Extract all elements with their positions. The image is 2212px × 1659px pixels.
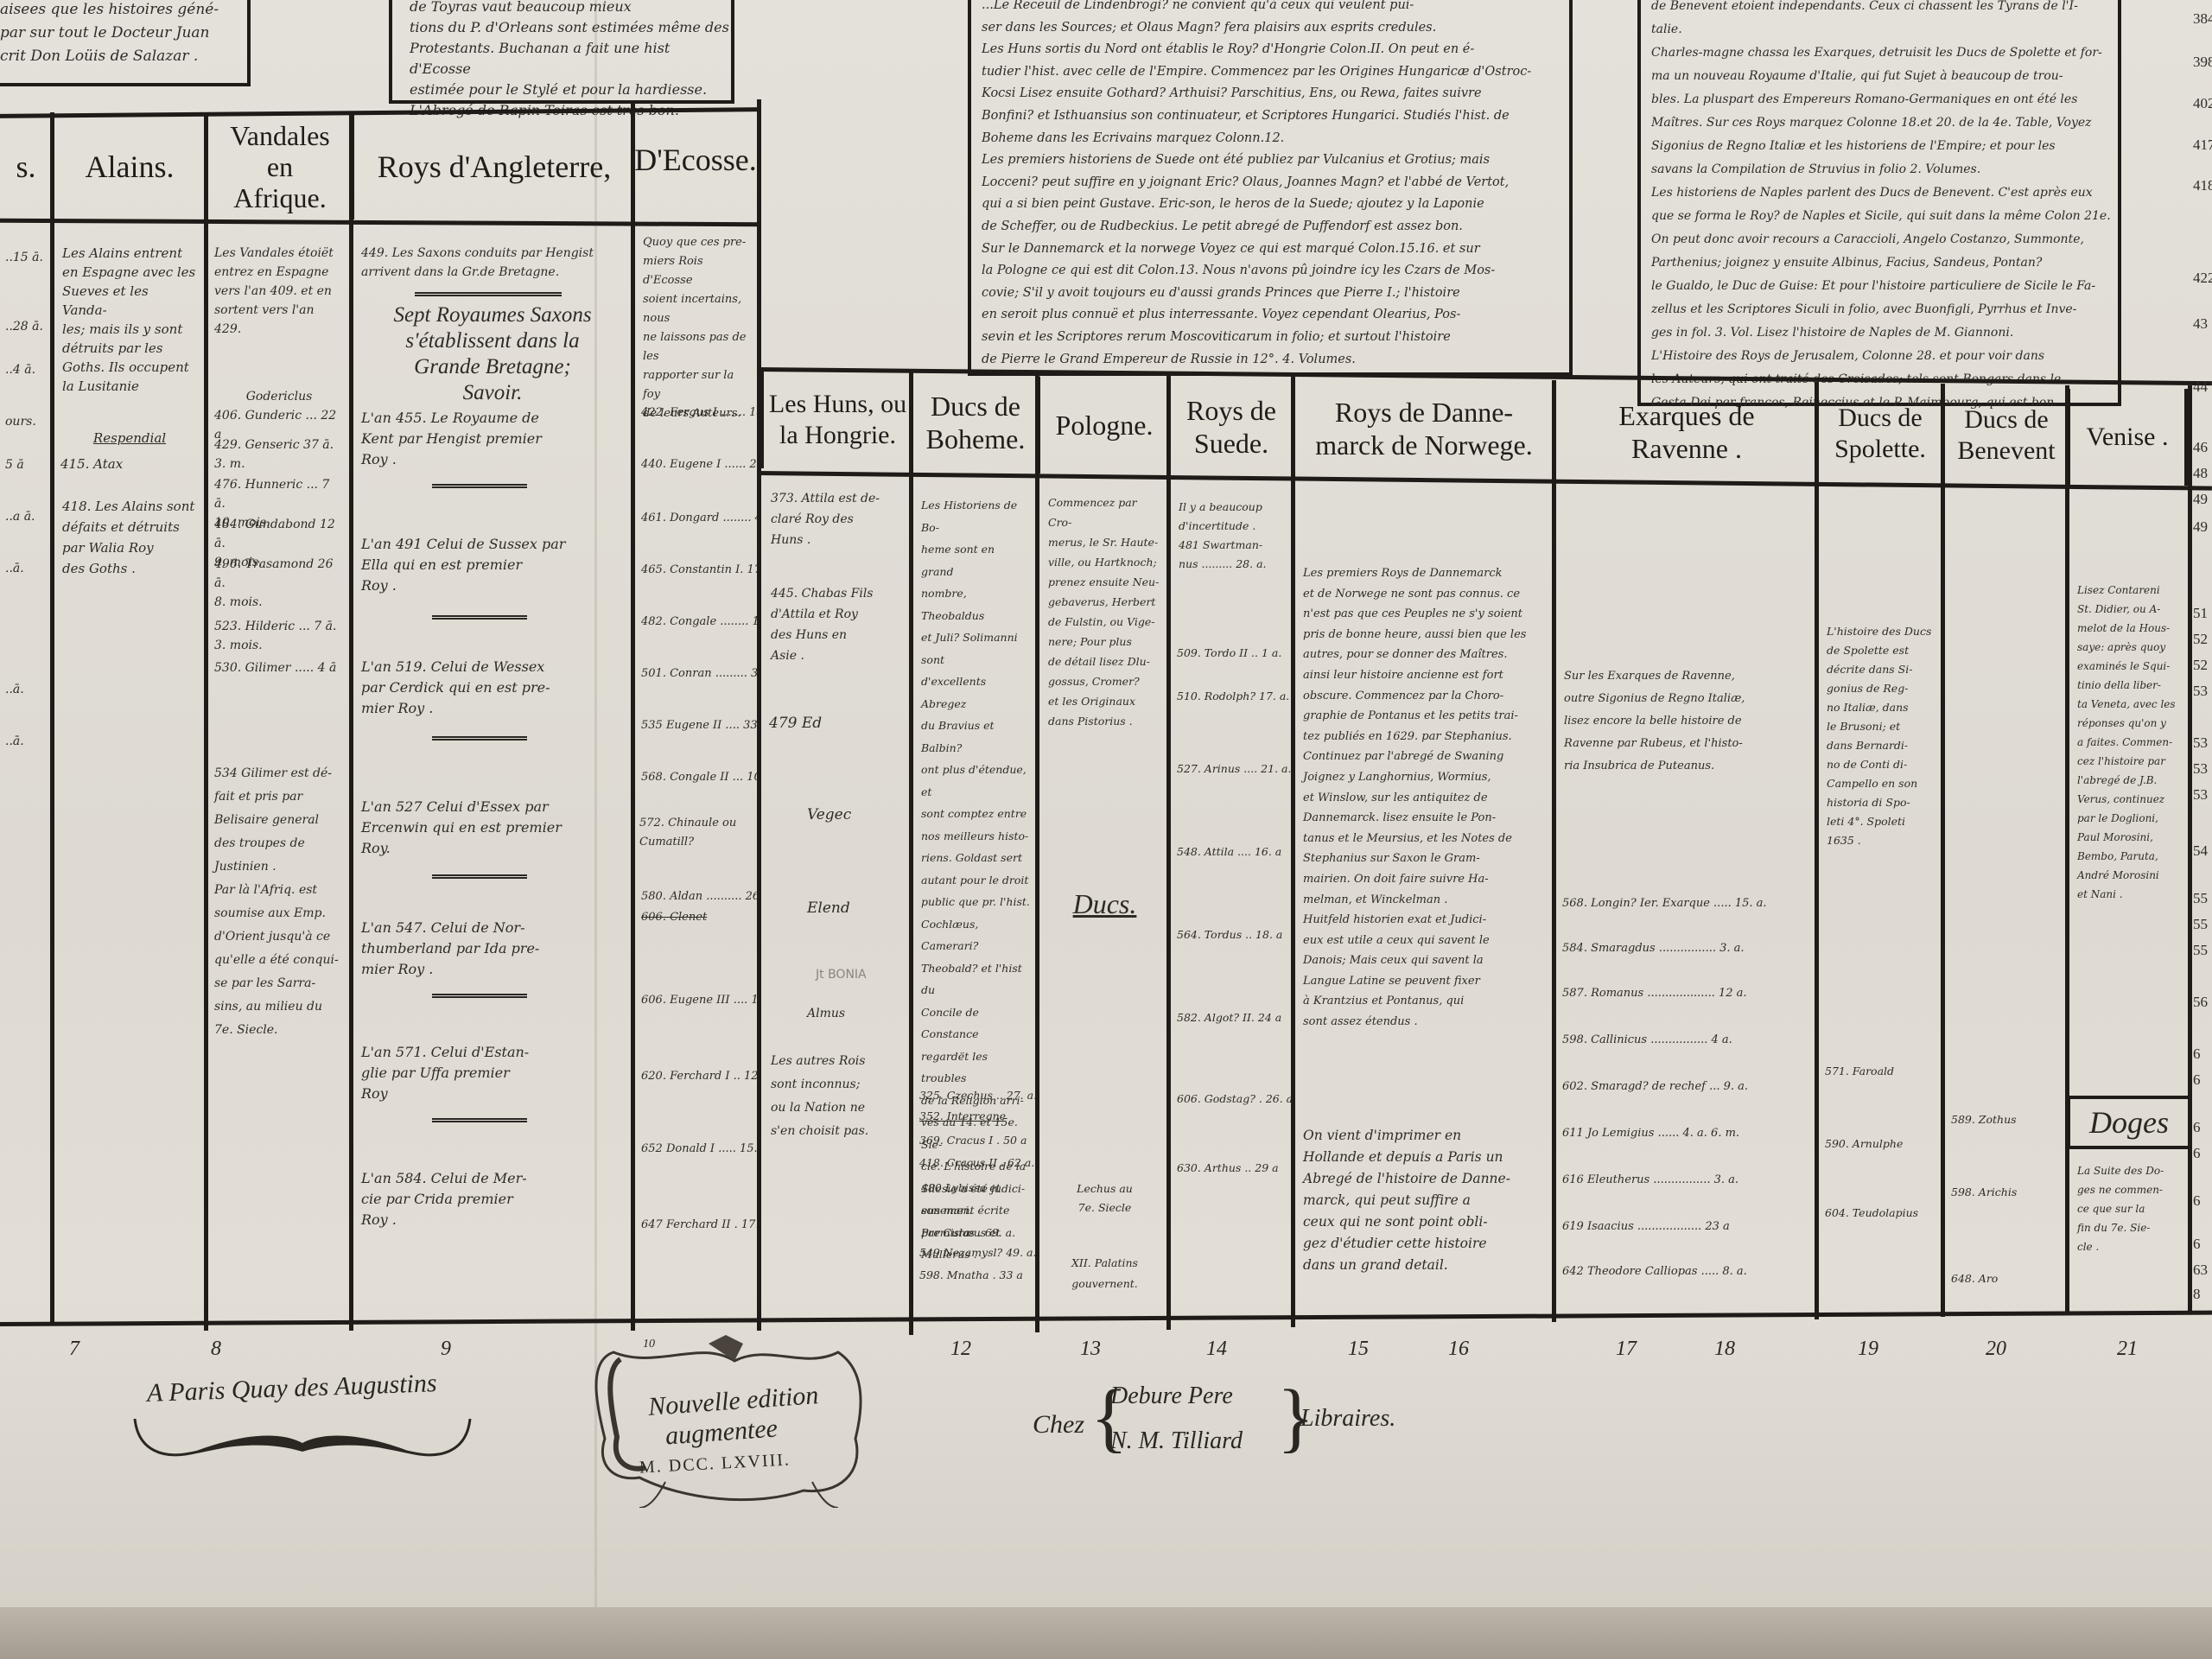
alains-sub: Respendial — [62, 427, 197, 449]
table-surface — [0, 1607, 2212, 1659]
col-divider — [631, 104, 635, 1331]
double-rule — [432, 874, 527, 879]
col-vandales: Les Vandales étoiët entrez en Espagne ve… — [207, 244, 349, 1315]
chez-label: Chez — [1033, 1410, 1084, 1440]
col-header-venise: Venise . — [2067, 389, 2188, 486]
col-header-ecosse: D'Ecosse. — [631, 104, 760, 216]
column-number: 18 — [1714, 1338, 1735, 1361]
col-suede: Il y a beaucoup d'incertitude . 481 Swar… — [1172, 498, 1291, 1319]
col-header-spolette: Ducs de Spolette. — [1815, 385, 1942, 482]
ecosse-intro: Quoy que ces pre- miers Rois d'Ecosse so… — [643, 233, 752, 423]
publisher-tilliard: N. M. Tilliard — [1110, 1427, 1243, 1455]
top-left-note: aisees que les histoires géné- par sur t… — [0, 0, 242, 68]
pologne-ducs-title: Ducs. — [1048, 890, 1161, 918]
pencil-annotation: Jt BONIA — [816, 968, 904, 982]
top-center-note: ...Le Receüil de Lindenbrogi? ne convien… — [982, 0, 1569, 371]
col-divider — [50, 112, 54, 1322]
column-number: 8 — [211, 1338, 221, 1361]
col-divider — [909, 372, 913, 1335]
col-divider — [1552, 380, 1556, 1322]
top-center-note-box: ...Le Receüil de Lindenbrogi? ne convien… — [968, 0, 1573, 376]
col-divider — [1941, 384, 1945, 1317]
top-right-note-box: de Benevent etoient independants. Ceux c… — [1637, 0, 2121, 406]
col-divider — [349, 112, 353, 1331]
libraires-label: Libraires. — [1300, 1405, 1395, 1433]
flourish-ornament — [130, 1417, 475, 1478]
right-margin-numbers: 384 398 402 417 418 422 43 44 46 48 49 4… — [2193, 0, 2212, 1331]
column-number: 14 — [1206, 1338, 1227, 1361]
doges-subheader: Doges — [2067, 1096, 2191, 1149]
column-number: 9 — [441, 1338, 451, 1361]
col-ecosse: Quoy que ces pre- miers Rois d'Ecosse so… — [636, 233, 757, 1322]
col-header-boheme: Ducs de Boheme. — [909, 374, 1039, 471]
top-center-left-note-box: de Toyras vaut beaucoup mieux tions du P… — [389, 0, 734, 104]
double-rule — [432, 1118, 527, 1122]
alains-intro: Les Alains entrent en Espagne avec les S… — [62, 244, 197, 396]
col-header-hongrie: Les Huns, ou la Hongrie. — [760, 372, 912, 468]
double-rule — [415, 292, 562, 296]
col-header-alains: Alains. — [50, 114, 206, 219]
col-exarques: Sur les Exarques de Ravenne, outre Sigon… — [1557, 665, 1813, 1322]
col-divider — [1291, 377, 1295, 1327]
edition-cartouche: Nouvelle edition augmentee M. DCC. LXVII… — [579, 1335, 890, 1508]
angleterre-intro: 449. Les Saxons conduits par Hengist arr… — [361, 244, 624, 282]
publisher-debure: Debure Pere — [1110, 1382, 1233, 1410]
col-benevent: 589. Zothus 598. Arichis 648. Aro — [1946, 1097, 2065, 1313]
col-doges: La Suite des Do- ges ne commen- ce que s… — [2070, 1154, 2188, 1310]
column-number: 7 — [69, 1338, 79, 1361]
column-number: 12 — [950, 1338, 971, 1361]
col-divider — [757, 99, 761, 1331]
double-rule — [432, 615, 527, 620]
double-rule — [432, 736, 527, 741]
column-number: 19 — [1858, 1338, 1878, 1361]
col-header-dannemarck: Roys de Danne- marck de Norwege. — [1291, 380, 1554, 477]
col-alains: Les Alains entrent en Espagne avec les S… — [55, 244, 202, 1315]
top-right-note: de Benevent etoient independants. Ceux c… — [1651, 0, 2118, 415]
col-angleterre: 449. Les Saxons conduits par Hengist arr… — [354, 244, 629, 1315]
col-hongrie: 373. Attila est de- claré Roy des Huns .… — [764, 488, 907, 1318]
double-rule — [432, 484, 527, 488]
col-header-exarques: Exarques de Ravenne . — [1552, 384, 1818, 480]
column-number: 16 — [1448, 1338, 1469, 1361]
col-divider — [1815, 382, 1819, 1319]
angleterre-title: Sept Royaumes Saxons s'établissent dans … — [361, 302, 624, 406]
col-dannemarck: Les premiers Roys de Dannemarck et de No… — [1296, 563, 1548, 1315]
col-goths: ..15 ā. ..28 ā. ..4 ā. ours. 5 ā ..a ā. … — [0, 233, 50, 1313]
col-divider — [1166, 375, 1171, 1330]
col-spolette: L'histoire des Ducs de Spolette est décr… — [1820, 622, 1941, 1313]
vandales-intro: Les Vandales étoiët entrez en Espagne ve… — [214, 244, 344, 339]
col-divider — [1035, 373, 1039, 1332]
col-pologne: Commencez par Cro- merus, le Sr. Haute- … — [1041, 493, 1166, 1313]
column-number: 21 — [2117, 1338, 2138, 1361]
col-divider — [2188, 385, 2192, 1314]
col-venise: Lisez Contareni St. Didier, ou A- melot … — [2070, 581, 2188, 1090]
col-header-benevent: Ducs de Benevent — [1941, 387, 2069, 484]
col-header-goths: s. — [0, 114, 52, 219]
col-header-suede: Roys de Suede. — [1166, 378, 1293, 475]
column-number: 15 — [1348, 1338, 1369, 1361]
col-header-pologne: Pologne. — [1037, 377, 1168, 474]
top-left-note-box: aisees que les histoires géné- par sur t… — [0, 0, 251, 86]
top-center-left-note: de Toyras vaut beaucoup mieux tions du P… — [410, 0, 729, 121]
double-rule — [432, 994, 527, 998]
column-number: 13 — [1080, 1338, 1101, 1361]
column-number: 17 — [1616, 1338, 1637, 1361]
col-header-vandales: Vandales en Afrique. — [204, 114, 353, 219]
column-number: 20 — [1986, 1338, 2006, 1361]
col-boheme: Les Historiens de Bo- heme sont en grand… — [914, 494, 1035, 1315]
col-header-angleterre: Roys d'Angleterre, — [351, 114, 634, 219]
col-divider — [2065, 385, 2069, 1314]
